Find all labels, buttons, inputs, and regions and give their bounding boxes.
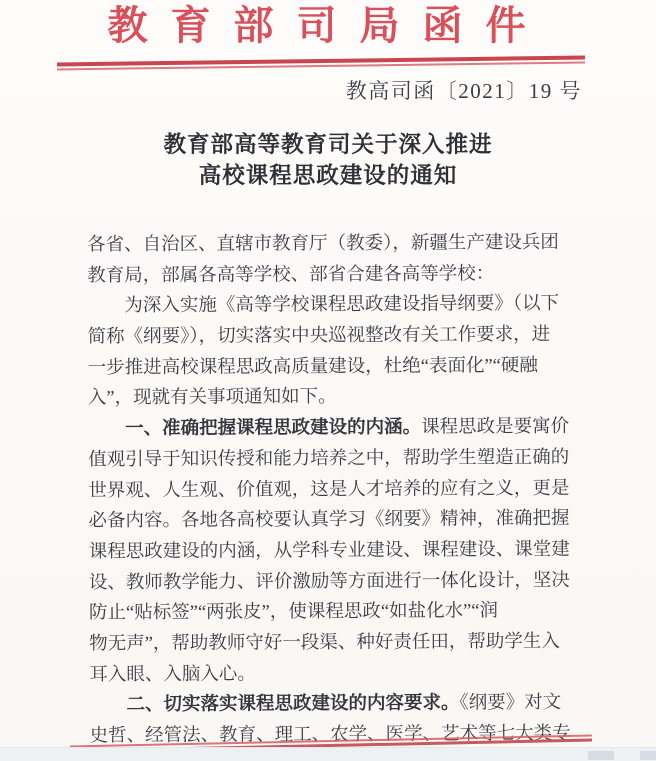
body-line: 耳入眼、入脑入心。 <box>89 657 589 690</box>
body-line: 值观引导于知识传授和能力培养之中，帮助学生塑造正确的 <box>88 443 588 476</box>
body-line: 课程思政建设的内涵，从学科专业建设、课程建设、课堂建 <box>89 535 589 568</box>
document-title: 教育部高等教育司关于深入推进 高校课程思政建设的通知 <box>0 129 656 191</box>
body-line-text: 物无声”，帮助教师守好一段渠、种好责任田，帮助学生入 <box>89 632 560 654</box>
body-line-text: 为深入实施《高等学校课程思政建设指导纲要》（以下 <box>124 294 559 316</box>
body-line-text: 课程思政建设的内涵，从学科专业建设、课程建设、课堂建 <box>89 540 570 563</box>
body-line: 设、教师教学能力、评价激励等方面进行一体化设计，坚决 <box>89 565 589 598</box>
document-title-line-2: 高校课程思政建设的通知 <box>0 160 656 191</box>
body-line: 二、切实落实课程思政建设的内容要求。《纲要》对文 <box>89 688 589 721</box>
body-line-text: 防止“贴标签”“两张皮”，使课程思政“如盐化水”“润 <box>89 601 498 623</box>
body-line: 防止“贴标签”“两张皮”，使课程思政“如盐化水”“润 <box>89 596 589 629</box>
body-line-bold-heading: 一、准确把握课程思政建设的内涵。 <box>125 418 421 440</box>
body-line-text: 必备内容。各地各高校要认真学习《纲要》精神，准确把握 <box>88 509 569 532</box>
document-body: 各省、自治区、直辖市教育厅（教委），新疆生产建设兵团 教育局，部属各高等学校、部… <box>87 228 590 752</box>
body-line: 简称《纲要》），切实落实中央巡视整改有关工作要求，进 <box>87 320 587 353</box>
scanned-document-viewer: 教育部司局函件 教高司函〔2021〕19 号 教育部高等教育司关于深入推进 高校… <box>0 0 656 761</box>
body-line-text: 一步推进高校课程思政高质量建设，杜绝“表面化”“硬融 <box>88 356 538 378</box>
body-line: 为深入实施《高等学校课程思政建设指导纲要》（以下 <box>87 289 587 322</box>
scrollbar-segment-2[interactable] <box>640 751 656 760</box>
body-line: 世界观、人生观、价值观，这是人才培养的应有之义，更是 <box>88 473 588 506</box>
body-line-text: 耳入眼、入脑入心。 <box>89 664 256 685</box>
scrollbar-segment-1[interactable] <box>588 751 614 760</box>
body-line-text: 课程思政是要寓价 <box>421 417 569 438</box>
body-line-text: 世界观、人生观、价值观，这是人才培养的应有之义，更是 <box>88 478 569 501</box>
document-page: 教育部司局函件 教高司函〔2021〕19 号 教育部高等教育司关于深入推进 高校… <box>0 0 656 748</box>
body-line: 一、准确把握课程思政建设的内涵。课程思政是要寓价 <box>88 412 588 445</box>
body-line: 必备内容。各地各高校要认真学习《纲要》精神，准确把握 <box>88 504 588 537</box>
body-line: 教育局，部属各高等学校、部省合建各高等学校： <box>87 258 587 291</box>
body-line-text: 《纲要》对文 <box>459 693 561 714</box>
masthead-double-rule <box>57 56 585 70</box>
body-line-text: 各省、自治区、直辖市教育厅（教委），新疆生产建设兵团 <box>87 233 559 255</box>
body-line: 各省、自治区、直辖市教育厅（教委），新疆生产建设兵团 <box>87 228 587 261</box>
body-line: 物无声”，帮助教师守好一段渠、种好责任田，帮助学生入 <box>89 627 589 660</box>
document-title-line-1: 教育部高等教育司关于深入推进 <box>0 129 656 160</box>
masthead-title: 教育部司局函件 <box>0 4 656 48</box>
body-line-text: 入”，现就有关事项通知如下。 <box>88 387 337 408</box>
body-line-text: 教育局，部属各高等学校、部省合建各高等学校： <box>87 264 494 286</box>
document-number: 教高司函〔2021〕19 号 <box>346 79 582 103</box>
body-line-text: 设、教师教学能力、评价激励等方面进行一体化设计，坚决 <box>89 570 570 593</box>
body-line-bold-heading: 二、切实落实课程思政建设的内容要求。 <box>126 694 459 716</box>
body-line-text: 简称《纲要》），切实落实中央巡视整改有关工作要求，进 <box>88 325 551 347</box>
body-line-text: 值观引导于知识传授和能力培养之中，帮助学生塑造正确的 <box>88 448 569 471</box>
body-line: 一步推进高校课程思政高质量建设，杜绝“表面化”“硬融 <box>88 350 588 383</box>
body-line: 入”，现就有关事项通知如下。 <box>88 381 588 414</box>
horizontal-scrollbar[interactable] <box>0 747 656 761</box>
